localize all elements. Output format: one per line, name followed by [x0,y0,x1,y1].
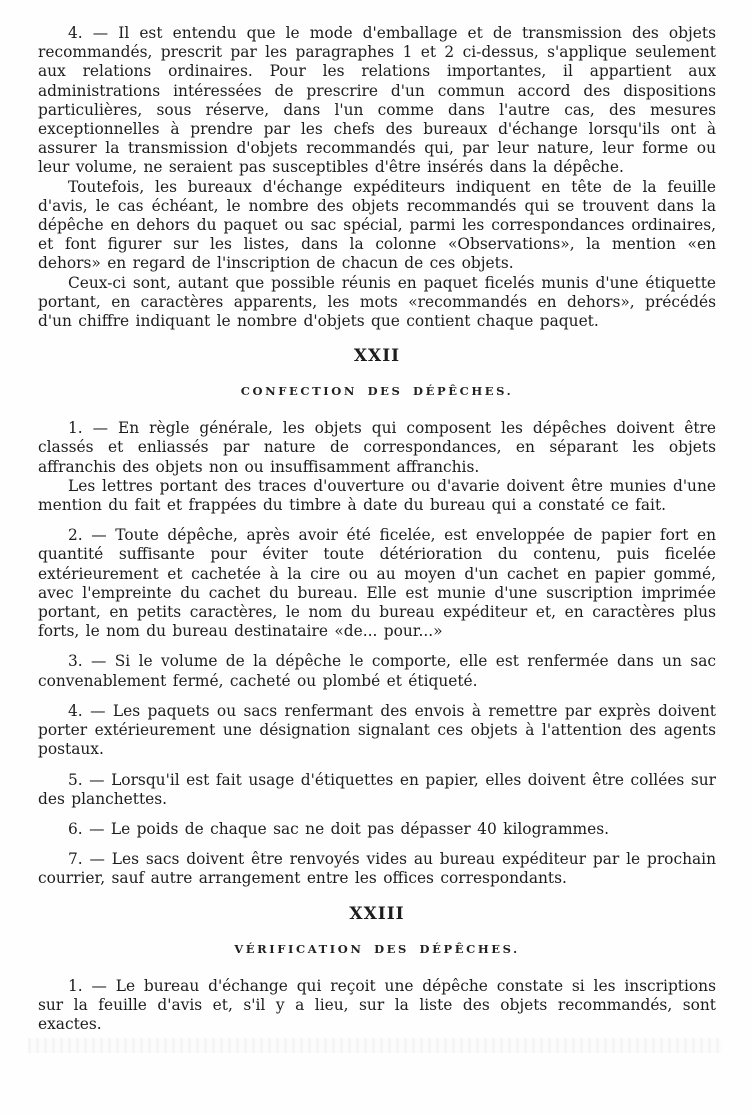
paragraph-xxii-article4: 4. — Les paquets ou sacs renfermant des … [38,702,716,760]
paragraph-xxii-article2: 2. — Toute dépêche, après avoir été fice… [38,526,716,641]
paragraph-ceux-ci: Ceux-ci sont, autant que possible réunis… [38,274,716,332]
paragraph-toutefois: Toutefois, les bureaux d'échange expédit… [38,178,716,274]
paragraph-article4-intro: 4. — Il est entendu que le mode d'emball… [38,24,716,178]
section-title-verification-des-depeches: VÉRIFICATION DES DÉPÊCHES. [38,942,716,956]
paragraph-xxii-article1: 1. — En règle générale, les objets qui c… [38,419,716,477]
paragraph-xxii-article1-lettres: Les lettres portant des traces d'ouvertu… [38,477,716,515]
section-title-confection-des-depeches: CONFECTION DES DÉPÊCHES. [38,384,716,398]
paragraph-xxii-article5: 5. — Lorsqu'il est fait usage d'étiquett… [38,771,716,809]
paragraph-xxii-article7: 7. — Les sacs doivent être renvoyés vide… [38,850,716,888]
section-heading-xxiii: XXIII [38,904,716,924]
scan-artifact-band [28,1038,722,1053]
scanned-document-page: 4. — Il est entendu que le mode d'emball… [0,0,752,1115]
paragraph-xxii-article3: 3. — Si le volume de la dépêche le compo… [38,652,716,690]
paragraph-xxii-article6: 6. — Le poids de chaque sac ne doit pas … [38,820,716,839]
paragraph-xxiii-article1: 1. — Le bureau d'échange qui reçoit une … [38,977,716,1035]
text-column: 4. — Il est entendu que le mode d'emball… [38,24,716,1034]
section-heading-xxii: XXII [38,346,716,366]
